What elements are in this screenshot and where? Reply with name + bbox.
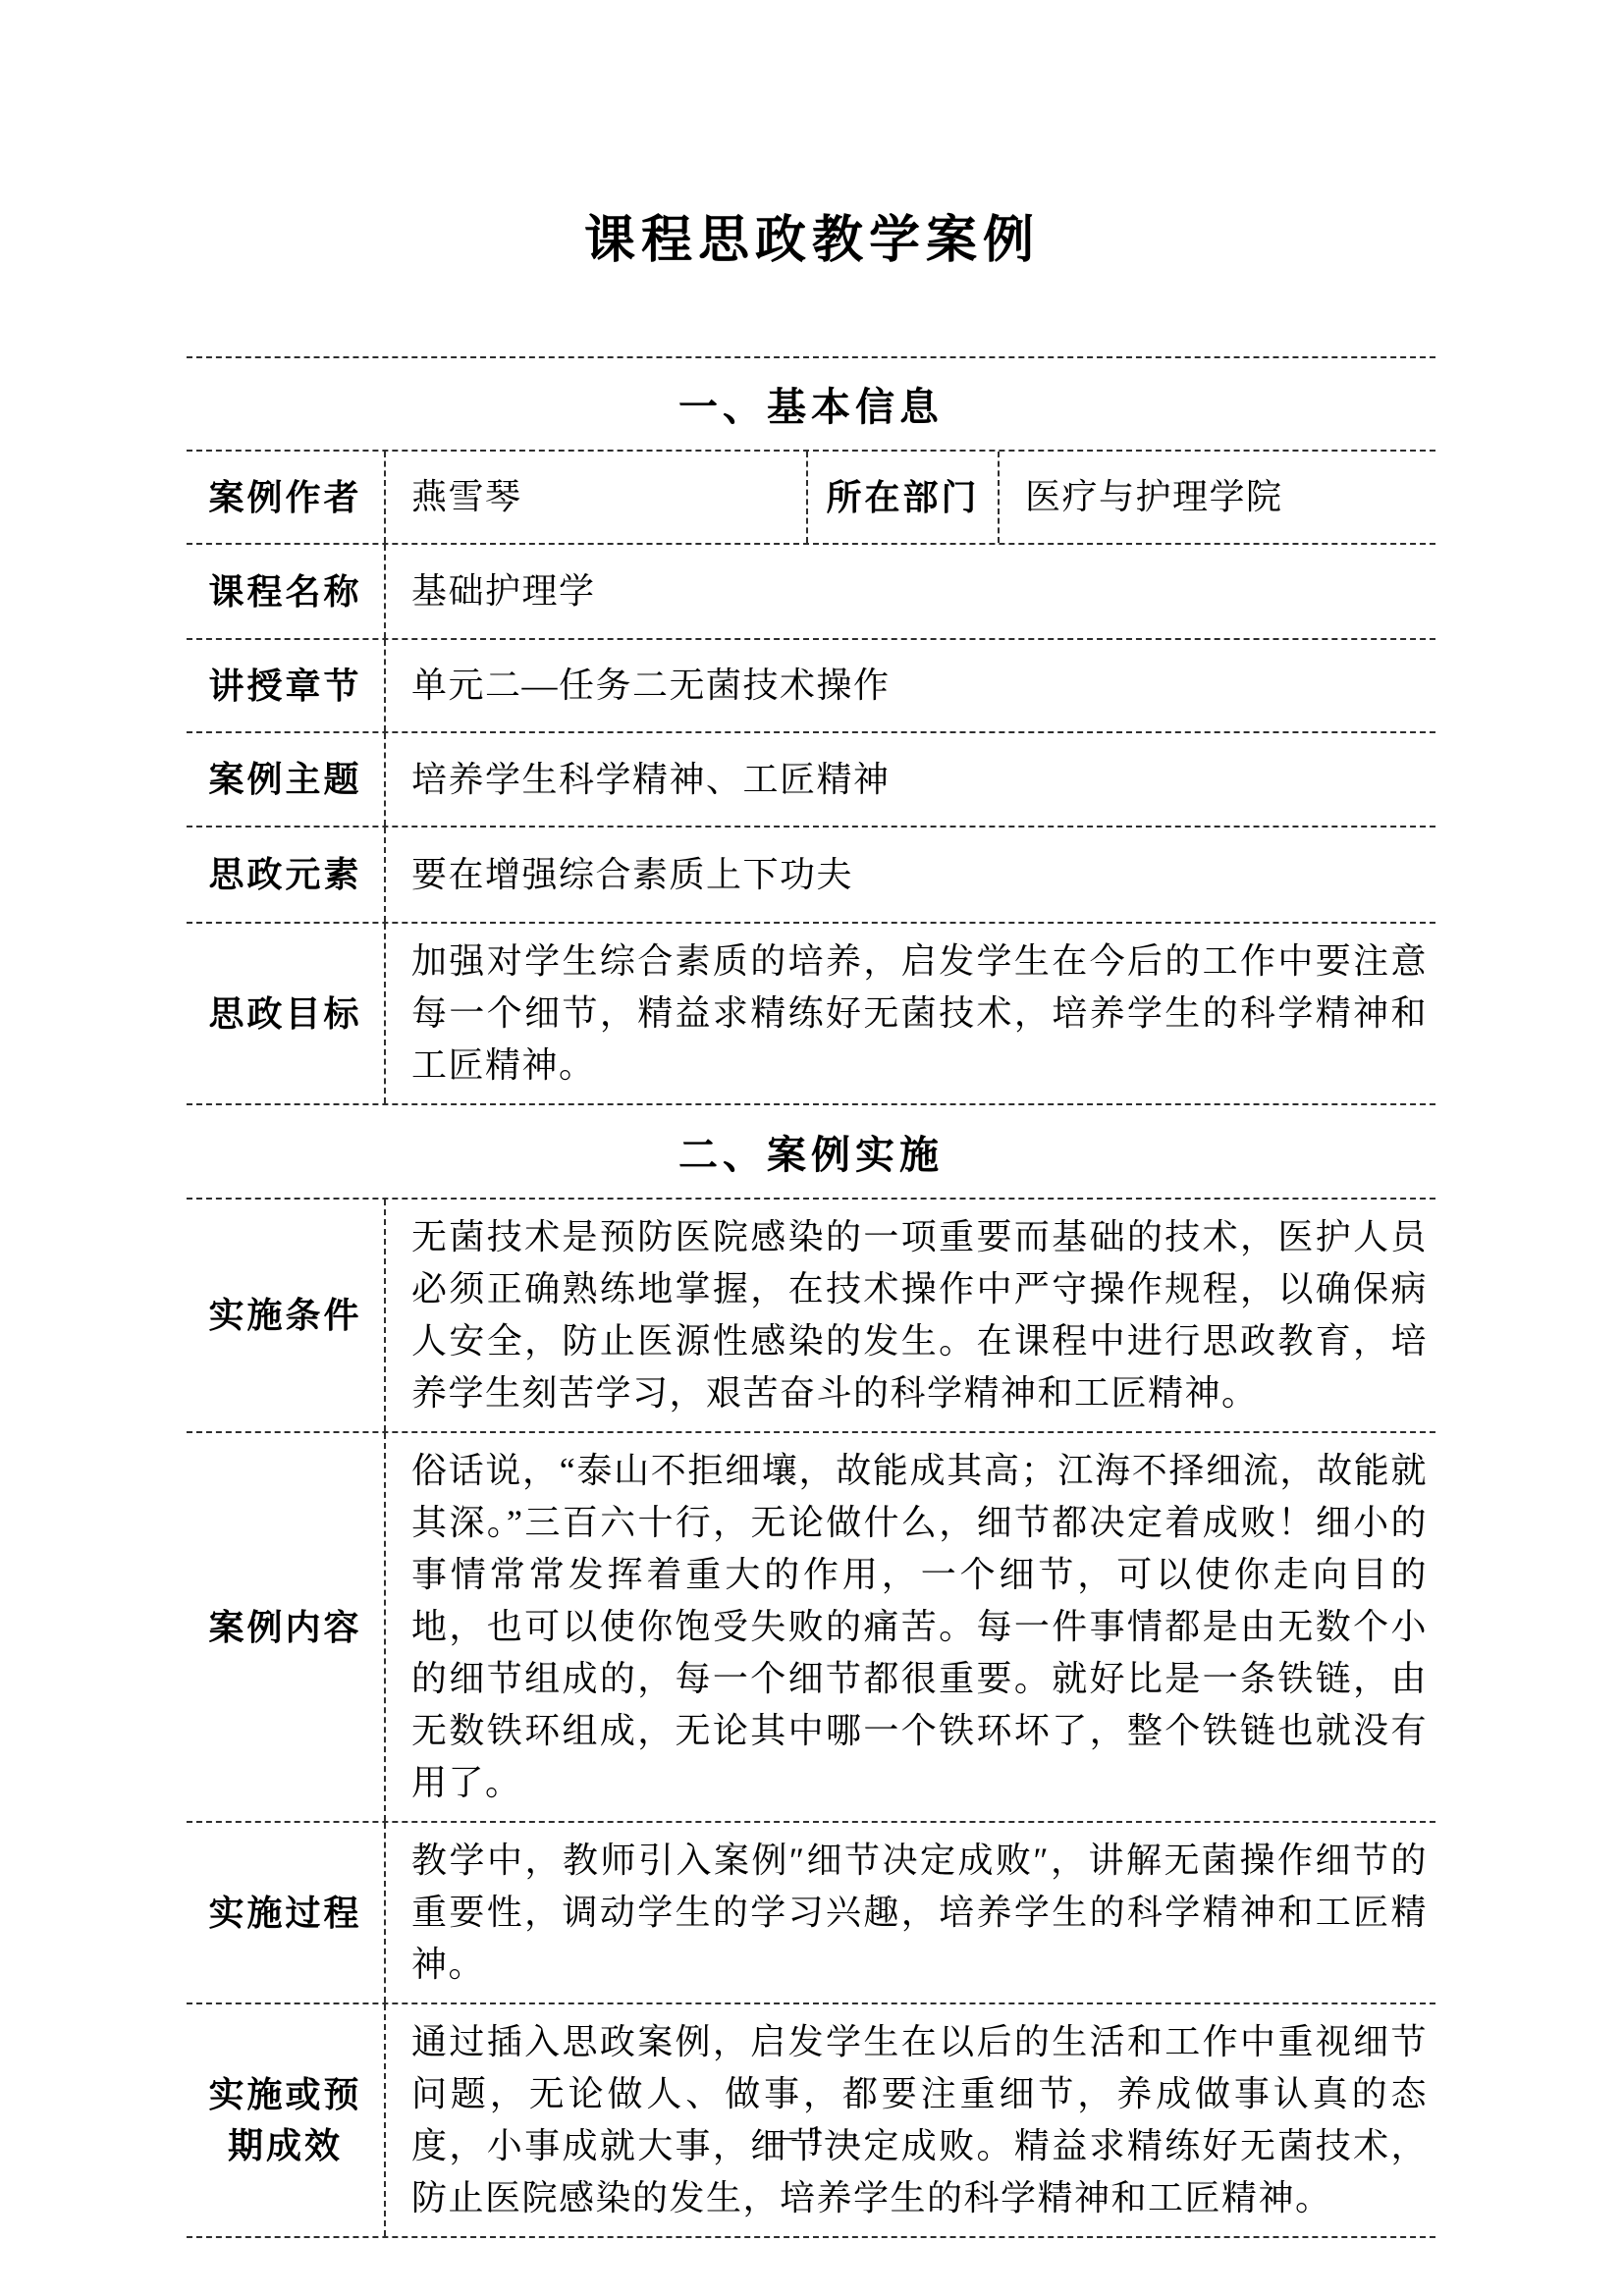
chapter-value-text: 单元二—任务二无菌技术操作 [411,660,891,712]
implementation-process-label: 实施过程 [187,1823,386,2002]
table-row-chapter: 讲授章节 单元二—任务二无菌技术操作 [187,640,1435,733]
table-row-case-theme: 案例主题 培养学生科学精神、工匠精神 [187,733,1435,828]
table-row-ideology-element: 思政元素 要在增强综合素质上下功夫 [187,828,1435,924]
document-page: 课程思政教学案例 一、基本信息 案例作者 燕雪琴 所在部门 医疗与护理学院 课程… [0,0,1624,2296]
ideology-element-value: 要在增强综合素质上下功夫 [386,828,1435,922]
ideology-element-label: 思政元素 [187,828,386,922]
department-value-text: 医疗与护理学院 [1025,471,1283,523]
case-table: 一、基本信息 案例作者 燕雪琴 所在部门 医疗与护理学院 课程名称 基础护理学 … [187,356,1435,2238]
case-content-value-text: 俗话说，“泰山不拒细壤，故能成其高；江海不择细流，故能就其深。”三百六十行，无论… [411,1445,1428,1809]
implementation-process-value-text: 教学中，教师引入案例″细节决定成败″，讲解无菌操作细节的重要性，调动学生的学习兴… [411,1835,1428,1991]
implementation-conditions-label: 实施条件 [187,1200,386,1431]
author-label: 案例作者 [187,452,386,543]
section2-heading-text: 二、案例实施 [678,1124,944,1180]
section-heading-case-implementation: 二、案例实施 [187,1105,1435,1200]
case-content-value: 俗话说，“泰山不拒细壤，故能成其高；江海不择细流，故能就其深。”三百六十行，无论… [386,1433,1435,1821]
ideology-goal-label: 思政目标 [187,924,386,1103]
ideology-goal-value-text: 加强对学生综合素质的培养，启发学生在今后的工作中要注意每一个细节，精益求精练好无… [411,935,1428,1092]
author-value: 燕雪琴 [386,452,808,543]
case-theme-label: 案例主题 [187,733,386,826]
author-value-text: 燕雪琴 [411,471,522,523]
table-row-author-department: 案例作者 燕雪琴 所在部门 医疗与护理学院 [187,452,1435,545]
chapter-value: 单元二—任务二无菌技术操作 [386,640,1435,731]
course-name-label: 课程名称 [187,545,386,638]
case-content-label: 案例内容 [187,1433,386,1821]
table-row-course-name: 课程名称 基础护理学 [187,545,1435,640]
ideology-goal-value: 加强对学生综合素质的培养，启发学生在今后的工作中要注意每一个细节，精益求精练好无… [386,924,1435,1103]
chapter-label: 讲授章节 [187,640,386,731]
department-label: 所在部门 [808,452,1000,543]
table-row-case-content: 案例内容 俗话说，“泰山不拒细壤，故能成其高；江海不择细流，故能就其深。”三百六… [187,1433,1435,1823]
table-row-ideology-goal: 思政目标 加强对学生综合素质的培养，启发学生在今后的工作中要注意每一个细节，精益… [187,924,1435,1105]
implementation-conditions-value: 无菌技术是预防医院感染的一项重要而基础的技术，医护人员必须正确熟练地掌握，在技术… [386,1200,1435,1431]
table-row-implementation-process: 实施过程 教学中，教师引入案例″细节决定成败″，讲解无菌操作细节的重要性，调动学… [187,1823,1435,2004]
course-name-value-text: 基础护理学 [411,565,596,617]
page-number: — 1— [0,2118,1624,2154]
department-value: 医疗与护理学院 [1000,452,1435,543]
implementation-process-value: 教学中，教师引入案例″细节决定成败″，讲解无菌操作细节的重要性，调动学生的学习兴… [386,1823,1435,2002]
section-heading-basic-info: 一、基本信息 [187,358,1435,452]
table-row-implementation-conditions: 实施条件 无菌技术是预防医院感染的一项重要而基础的技术，医护人员必须正确熟练地掌… [187,1200,1435,1433]
implementation-conditions-value-text: 无菌技术是预防医院感染的一项重要而基础的技术，医护人员必须正确熟练地掌握，在技术… [411,1211,1428,1419]
case-theme-value-text: 培养学生科学精神、工匠精神 [411,754,891,806]
course-name-value: 基础护理学 [386,545,1435,638]
ideology-element-value-text: 要在增强综合素质上下功夫 [411,849,853,901]
section1-heading-text: 一、基本信息 [678,376,944,432]
case-theme-value: 培养学生科学精神、工匠精神 [386,733,1435,826]
document-title: 课程思政教学案例 [0,198,1624,272]
